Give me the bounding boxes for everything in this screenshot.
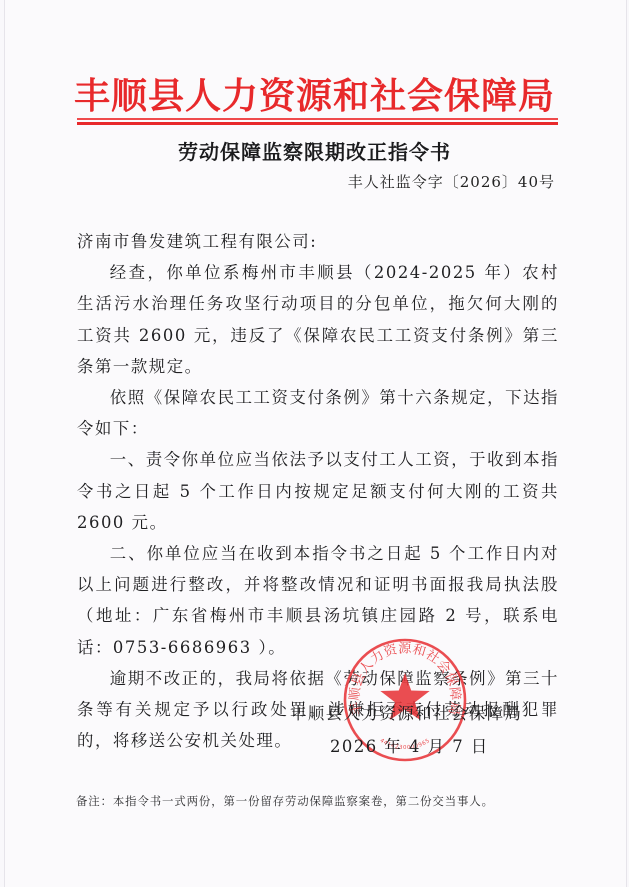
- document-title: 劳动保障监察限期改正指令书: [0, 136, 629, 165]
- issuer-signature: 丰顺县人力资源和社会保障局: [290, 700, 523, 724]
- paragraph-legal-basis: 依照《保障农民工工资支付条例》第十六条规定，下达指令如下：: [77, 382, 559, 444]
- document-body: 济南市鲁发建筑工程有限公司: 经查，你单位系梅州市丰顺县（2024-2025 年…: [77, 226, 559, 756]
- addressee: 济南市鲁发建筑工程有限公司:: [77, 226, 559, 257]
- agency-header-title: 丰顺县人力资源和社会保障局: [0, 68, 629, 119]
- paragraph-findings: 经查，你单位系梅州市丰顺县（2024-2025 年）农村生活污水治理任务攻坚行动…: [77, 257, 559, 382]
- paragraph-order-one: 一、责令你单位应当依法予以支付工人工资，于收到本指令书之日起 5 个工作日内按规…: [77, 444, 559, 538]
- document-number: 丰人社监令字〔2026〕40号: [348, 171, 555, 192]
- red-rule-thin: [77, 118, 558, 120]
- red-rule-thick: [77, 122, 558, 125]
- paragraph-order-two: 二、你单位应当在收到本指令书之日起 5 个工作日内对以上问题进行整改，并将整改情…: [77, 538, 559, 663]
- footnote: 备注：本指令书一式两份，第一份留存劳动保障监察案卷，第二份交当事人。: [76, 793, 494, 809]
- issue-date: 2026 年 4 月 7 日: [330, 733, 489, 757]
